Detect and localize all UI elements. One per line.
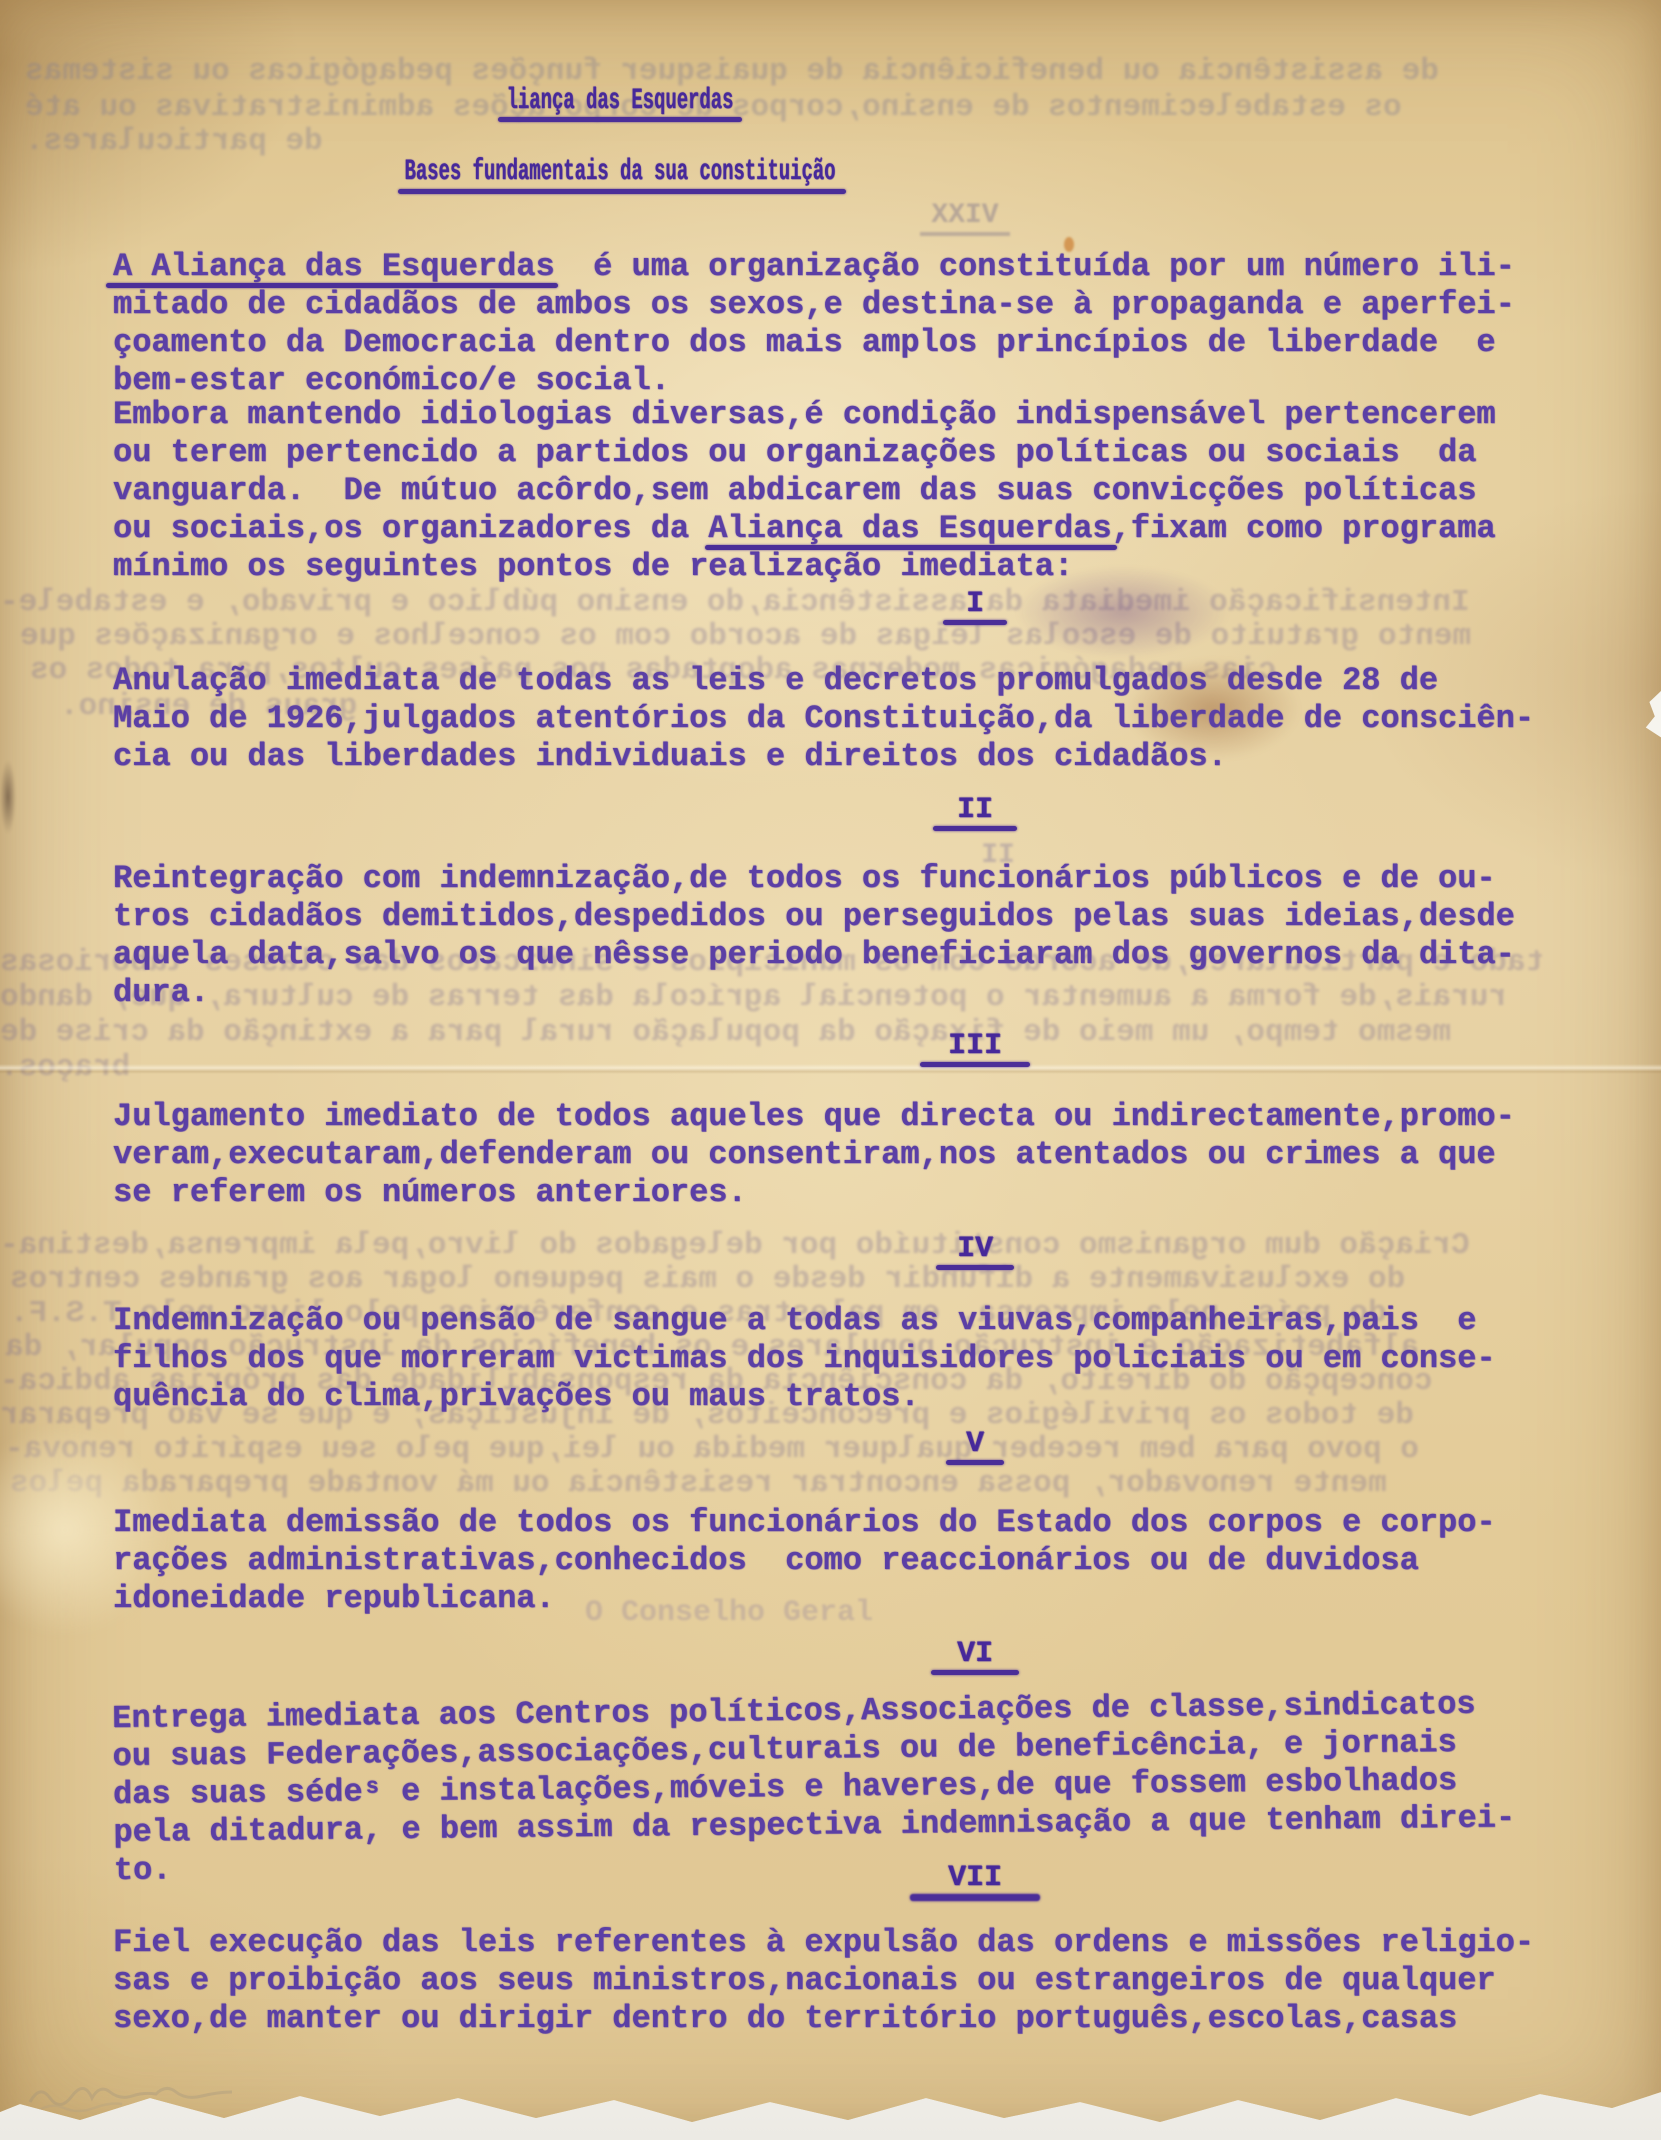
- section-numeral-iii: III: [948, 1030, 1002, 1062]
- scan-backdrop: de assistência ou beneficiência de quais…: [0, 0, 1661, 2140]
- section-numeral-vii: VII: [948, 1862, 1002, 1894]
- section-body-iii: Julgamento imediato de todos aqueles que…: [113, 1098, 1515, 1212]
- bleedthrough-numeral-underline: [920, 232, 1010, 236]
- bleedthrough-line: Criação dum organismo constituído por de…: [0, 1228, 1470, 1264]
- bleedthrough-numeral: XXIV: [931, 200, 998, 231]
- section-numeral-vi: VI: [957, 1638, 993, 1670]
- section-numeral-i: I: [966, 588, 984, 620]
- bleedthrough-line: mesmo tempo, um meio de fixação da popul…: [0, 1015, 1451, 1051]
- pencil-scribble: [26, 2072, 266, 2118]
- numeral-underline: [943, 620, 1007, 625]
- numeral-underline: [931, 1670, 1019, 1675]
- intro-phrase-underline: [705, 545, 1117, 550]
- section-numeral-v: V: [966, 1428, 984, 1460]
- section-body-vi: Entrega imediata aos Centros políticos,A…: [112, 1685, 1516, 1890]
- subtitle-underline: [398, 189, 846, 194]
- edge-smudge: [0, 760, 16, 834]
- intro-paragraph-1: A Aliança das Esquerdas é uma organizaçã…: [113, 248, 1515, 400]
- intro-paragraph-2: Embora mantendo idiologias diversas,é co…: [113, 396, 1496, 586]
- bleedthrough-line: mente renovador, possa encontrar resistê…: [10, 1466, 1387, 1502]
- section-numeral-iv: IV: [957, 1233, 993, 1265]
- section-body-v: Imediata demissão de todos os funcionári…: [113, 1504, 1496, 1618]
- document-page: de assistência ou beneficiência de quais…: [0, 0, 1661, 2140]
- bleedthrough-line: do exclusivamente a difundir desde o mai…: [10, 1262, 1405, 1298]
- numeral-underline: [933, 826, 1017, 831]
- intro-phrase-underline: [106, 283, 558, 288]
- section-body-ii: Reintegração com indemnização,de todos o…: [113, 860, 1515, 1012]
- section-body-iv: Indemnização ou pensão de sangue a todas…: [113, 1302, 1496, 1416]
- edge-tear: [1644, 690, 1661, 738]
- bleedthrough-line: de particulares.: [25, 124, 323, 160]
- bleedthrough-line: mento gratuito de escolas leigas de acor…: [20, 619, 1471, 655]
- numeral-underline: [920, 1062, 1030, 1067]
- numeral-underline: [936, 1265, 1014, 1270]
- numeral-underline: [946, 1460, 1004, 1465]
- bleedthrough-line: o povo para bem receber qualquer medida …: [5, 1432, 1419, 1468]
- section-numeral-ii: II: [957, 794, 993, 826]
- bleedthrough-line: Intensificação imediata da assistência,d…: [0, 585, 1470, 621]
- numeral-underline: [910, 1894, 1040, 1901]
- document-subtitle: Bases fundamentais da sua constituição: [405, 155, 836, 189]
- section-body-i: Anulação imediata de todas as leis e dec…: [113, 662, 1534, 776]
- document-title: liança das Esquerdas: [507, 84, 734, 118]
- title-underline: [498, 117, 742, 122]
- section-body-vii: Fiel execução das leis referentes à expu…: [113, 1924, 1534, 2038]
- horizontal-crease: [0, 1064, 1661, 1074]
